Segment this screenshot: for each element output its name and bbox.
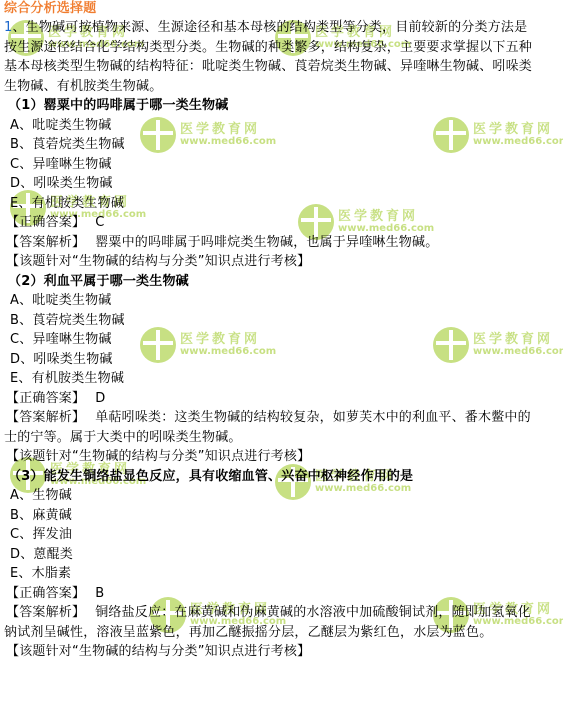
correct-answer-value: D — [95, 391, 105, 406]
option-e[interactable]: E、木脂素 — [4, 564, 559, 584]
correct-answer: 【正确答案】C — [4, 213, 559, 233]
intro-line: 按生源途径结合化学结构类型分类。生物碱的种类繁多，结构复杂，主要要求掌握以下五种 — [4, 38, 559, 58]
correct-answer-label: 【正确答案】 — [6, 586, 85, 601]
option-c[interactable]: C、异喹啉生物碱 — [4, 155, 559, 175]
knowledge-point-note: 【该题针对“生物碱的结构与分类”知识点进行考核】 — [4, 447, 559, 467]
question-title: （2）利血平属于哪一类生物碱 — [4, 272, 559, 292]
answer-analysis: 【答案解析】单萜吲哚类：这类生物碱的结构较复杂，如萝芙木中的利血平、番木鳖中的 — [4, 408, 559, 428]
intro-line: 、生物碱可按植物来源、生源途径和基本母核的结构类型等分类，目前较新的分类方法是 — [12, 20, 527, 35]
intro-paragraph: 1、生物碱可按植物来源、生源途径和基本母核的结构类型等分类，目前较新的分类方法是… — [4, 18, 559, 96]
option-a[interactable]: A、吡啶类生物碱 — [4, 291, 559, 311]
answer-analysis: 【答案解析】罂粟中的吗啡属于吗啡烷类生物碱，也属于异喹啉生物碱。 — [4, 233, 559, 253]
correct-answer-value: B — [95, 586, 104, 601]
option-c[interactable]: C、异喹啉生物碱 — [4, 330, 559, 350]
section-title: 综合分析选择题 — [4, 0, 559, 18]
option-e[interactable]: E、有机胺类生物碱 — [4, 369, 559, 389]
analysis-text-continued: 士的宁等。属于大类中的吲哚类生物碱。 — [4, 428, 559, 448]
option-a[interactable]: A、吡啶类生物碱 — [4, 116, 559, 136]
answer-analysis: 【答案解析】铜络盐反应：在麻黄碱和伪麻黄碱的水溶液中加硫酸铜试剂，随即加氢氧化 — [4, 603, 559, 623]
option-b[interactable]: B、莨菪烷类生物碱 — [4, 311, 559, 331]
analysis-label: 【答案解析】 — [6, 605, 85, 620]
option-d[interactable]: D、蒽醌类 — [4, 545, 559, 565]
knowledge-point-note: 【该题针对“生物碱的结构与分类”知识点进行考核】 — [4, 252, 559, 272]
option-d[interactable]: D、吲哚类生物碱 — [4, 350, 559, 370]
correct-answer: 【正确答案】B — [4, 584, 559, 604]
option-b[interactable]: B、莨菪烷类生物碱 — [4, 135, 559, 155]
question-title: （3）能发生铜络盐显色反应，具有收缩血管、兴奋中枢神经作用的是 — [4, 467, 559, 487]
analysis-label: 【答案解析】 — [6, 235, 85, 250]
analysis-text: 铜络盐反应：在麻黄碱和伪麻黄碱的水溶液中加硫酸铜试剂，随即加氢氧化 — [95, 605, 531, 620]
analysis-label: 【答案解析】 — [6, 410, 85, 425]
question-2: （2）利血平属于哪一类生物碱 A、吡啶类生物碱 B、莨菪烷类生物碱 C、异喹啉生… — [4, 272, 559, 467]
knowledge-point-note: 【该题针对“生物碱的结构与分类”知识点进行考核】 — [4, 642, 559, 662]
document-body: 综合分析选择题 1、生物碱可按植物来源、生源途径和基本母核的结构类型等分类，目前… — [0, 0, 563, 662]
option-b[interactable]: B、麻黄碱 — [4, 506, 559, 526]
correct-answer-label: 【正确答案】 — [6, 215, 85, 230]
analysis-text: 单萜吲哚类：这类生物碱的结构较复杂，如萝芙木中的利血平、番木鳖中的 — [95, 410, 531, 425]
intro-line: 基本母核类型生物碱的结构特征：吡啶类生物碱、莨菪烷类生物碱、异喹啉生物碱、吲哚类 — [4, 57, 559, 77]
analysis-text: 罂粟中的吗啡属于吗啡烷类生物碱，也属于异喹啉生物碱。 — [95, 235, 438, 250]
correct-answer-value: C — [95, 215, 104, 230]
correct-answer-label: 【正确答案】 — [6, 391, 85, 406]
analysis-text-continued: 钠试剂呈碱性，溶液呈蓝紫色，再加乙醚振摇分层，乙醚层为紫红色，水层为蓝色。 — [4, 623, 559, 643]
question-title: （1）罂粟中的吗啡属于哪一类生物碱 — [4, 96, 559, 116]
correct-answer: 【正确答案】D — [4, 389, 559, 409]
question-3: （3）能发生铜络盐显色反应，具有收缩血管、兴奋中枢神经作用的是 A、生物碱 B、… — [4, 467, 559, 662]
question-1: （1）罂粟中的吗啡属于哪一类生物碱 A、吡啶类生物碱 B、莨菪烷类生物碱 C、异… — [4, 96, 559, 272]
option-d[interactable]: D、吲哚类生物碱 — [4, 174, 559, 194]
option-a[interactable]: A、生物碱 — [4, 486, 559, 506]
option-e[interactable]: E、有机胺类生物碱 — [4, 194, 559, 214]
intro-line: 生物碱、有机胺类生物碱。 — [4, 77, 559, 97]
option-c[interactable]: C、挥发油 — [4, 525, 559, 545]
